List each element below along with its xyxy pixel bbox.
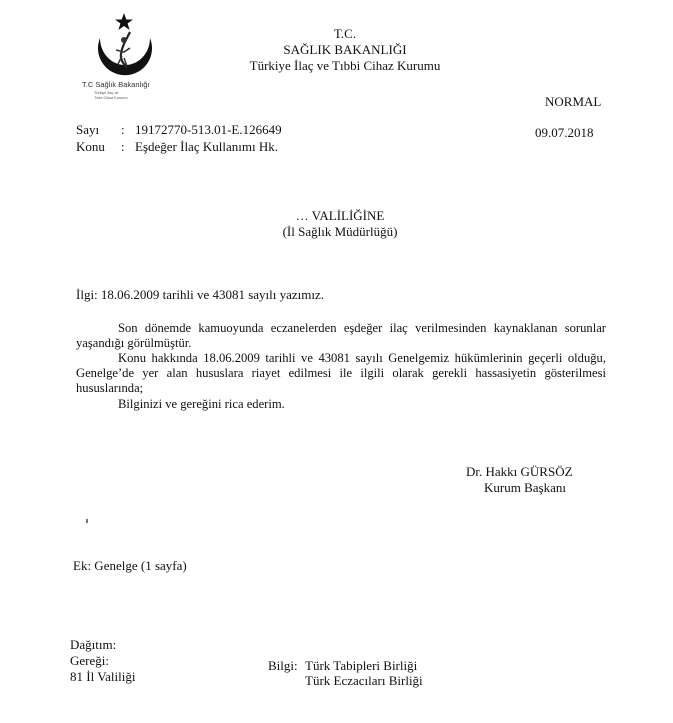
sayi-value: 19172770-513.01-E.126649 (135, 122, 282, 138)
sayi-label: Sayı (76, 122, 99, 138)
reference-line: İlgi: 18.06.2009 tarihli ve 43081 sayılı… (76, 287, 324, 303)
crescent-star-icon (80, 10, 170, 80)
header-agency: Türkiye İlaç ve Tıbbi Cihaz Kurumu (230, 58, 460, 74)
body-paragraph-3-text: Bilginizi ve gereğini rica ederim. (76, 397, 606, 412)
document-date: 09.07.2018 (535, 125, 594, 141)
sayi-separator: : (121, 122, 125, 138)
distribution-bilgi-value-1: Türk Tabipleri Birliği (305, 658, 417, 674)
distribution-title: Dağıtım: (70, 637, 116, 653)
distribution-gereği-value: 81 İl Valiliği (70, 669, 135, 685)
priority-label: NORMAL (545, 94, 601, 110)
konu-label: Konu (76, 139, 105, 155)
konu-value: Eşdeğer İlaç Kullanımı Hk. (135, 139, 278, 155)
konu-separator: : (121, 139, 125, 155)
body-paragraph-1-text: Son dönemde kamuoyunda eczanelerden eşde… (76, 321, 606, 351)
distribution-bilgi-label: Bilgi: (268, 658, 298, 674)
body-paragraph-1: Son dönemde kamuoyunda eczanelerden eşde… (76, 321, 606, 351)
scan-artifact (86, 519, 88, 523)
body-paragraph-3: Bilginizi ve gereğini rica ederim. (76, 397, 606, 412)
addressee-line1: … VALİLİĞİNE (240, 208, 440, 224)
signatory-title: Kurum Başkanı (484, 480, 566, 496)
attachment-line: Ek: Genelge (1 sayfa) (73, 558, 187, 574)
distribution-gereği-label: Gereği: (70, 653, 109, 669)
header-tc: T.C. (230, 26, 460, 42)
logo-caption: T.C Sağlık Bakanlığı (82, 80, 168, 89)
body-paragraph-2-text: Konu hakkında 18.06.2009 tarihli ve 4308… (76, 351, 606, 397)
distribution-bilgi-value-2: Türk Eczacıları Birliği (305, 673, 423, 689)
ministry-logo: T.C Sağlık Bakanlığı Türkiye İlaç ve Tıb… (80, 10, 170, 105)
signatory-name: Dr. Hakkı GÜRSÖZ (466, 464, 573, 480)
logo-subcaption-line2: Tıbbi Cihaz Kurumu (94, 96, 164, 101)
body-paragraph-2: Konu hakkında 18.06.2009 tarihli ve 4308… (76, 351, 606, 397)
addressee-line2: (İl Sağlık Müdürlüğü) (240, 224, 440, 240)
header-ministry: SAĞLIK BAKANLIĞI (230, 42, 460, 58)
